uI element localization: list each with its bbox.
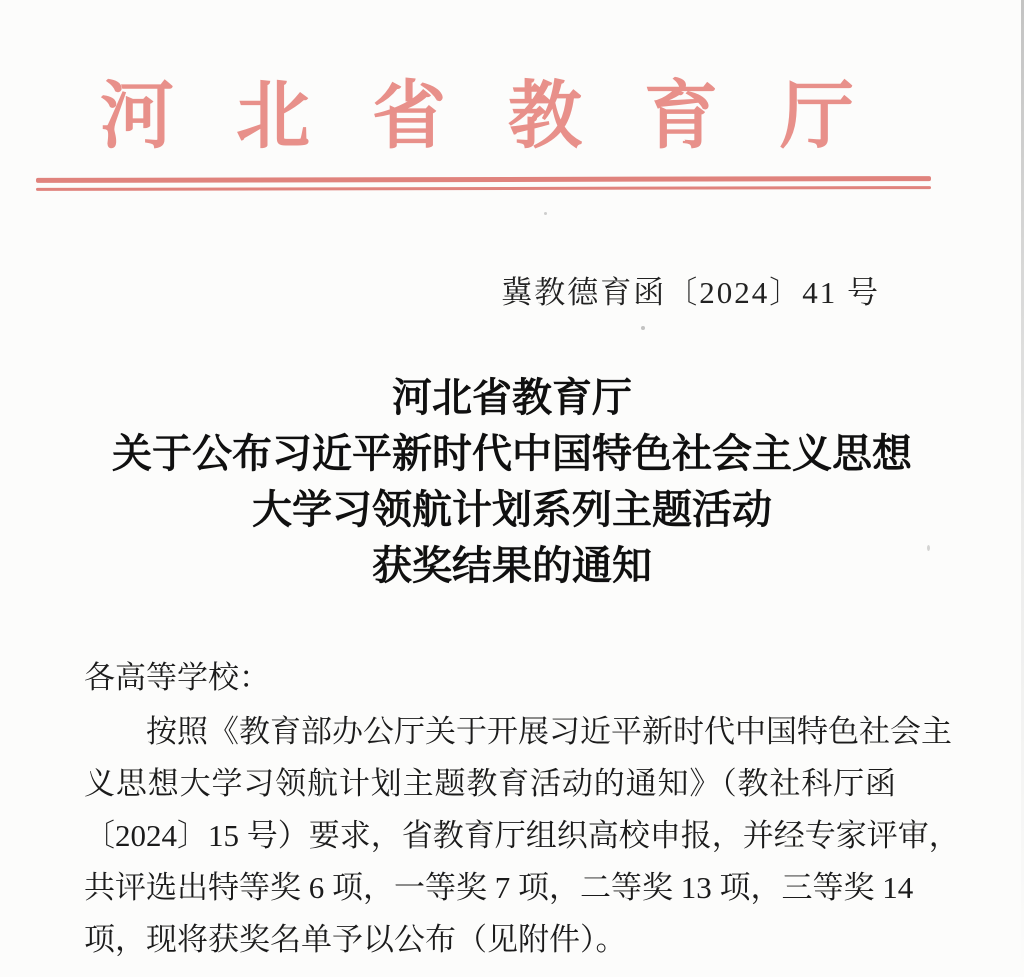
- notice-title-line-3: 大学习领航计划系列主题活动: [0, 482, 1024, 538]
- body-paragraph: 按照《教育部办公厅关于开展习近平新时代中国特色社会主 义思想大学习领航计划主题教…: [84, 706, 896, 966]
- scan-speck: [544, 212, 547, 215]
- notice-title-line-4: 获奖结果的通知: [0, 538, 1024, 594]
- notice-title-line-1: 河北省教育厅: [0, 370, 1024, 426]
- scan-speck: [641, 326, 645, 330]
- body-line-4: 共评选出特等奖 6 项，一等奖 7 项，二等奖 13 项，三等奖 14: [84, 862, 896, 914]
- document-number: 冀教德育函〔2024〕41 号: [501, 267, 880, 312]
- letterhead-agency-name: 河北省教育厅: [100, 80, 916, 154]
- body-line-2: 义思想大学习领航计划主题教育活动的通知》（教社科厅函: [84, 758, 896, 810]
- salutation: 各高等学校：: [84, 652, 270, 697]
- scanned-notice-page: 河北省教育厅 冀教德育函〔2024〕41 号 河北省教育厅 关于公布习近平新时代…: [0, 0, 1024, 977]
- scan-speck: [927, 545, 930, 551]
- notice-title: 河北省教育厅 关于公布习近平新时代中国特色社会主义思想 大学习领航计划系列主题活…: [0, 370, 1024, 594]
- letterhead-double-rule-top: [36, 176, 931, 183]
- body-line-3: 〔2024〕15 号）要求，省教育厅组织高校申报，并经专家评审，: [84, 810, 896, 862]
- letterhead-double-rule-bottom: [36, 186, 931, 191]
- body-line-5: 项，现将获奖名单予以公布（见附件）。: [84, 914, 896, 966]
- notice-title-line-2: 关于公布习近平新时代中国特色社会主义思想: [0, 426, 1024, 482]
- body-line-1: 按照《教育部办公厅关于开展习近平新时代中国特色社会主: [84, 706, 896, 758]
